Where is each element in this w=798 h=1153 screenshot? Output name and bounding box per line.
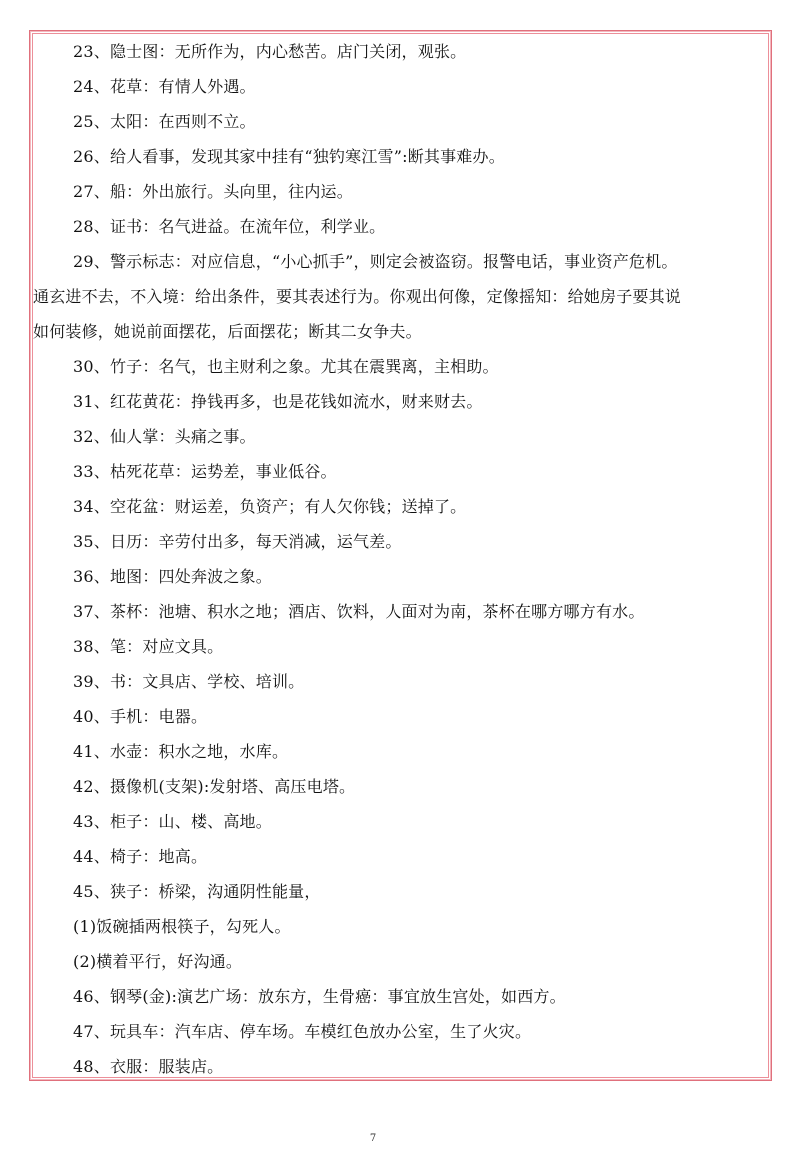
text-line-33: 33、枯死花草：运势差，事业低谷。 (33, 454, 771, 489)
document-body: 23、隐士图：无所作为，内心愁苦。店门关闭，观张。 24、花草：有情人外遇。 2… (33, 34, 771, 1084)
text-line-26: 26、给人看事，发现其家中挂有“独钓寒江雪”:断其事难办。 (33, 139, 771, 174)
text-line-31: 31、红花黄花：挣钱再多，也是花钱如流水，财来财去。 (33, 384, 771, 419)
page-number: 7 (0, 1133, 746, 1144)
text-line-36: 36、地图：四处奔波之象。 (33, 559, 771, 594)
text-line-43: 43、柜子：山、楼、高地。 (33, 804, 771, 839)
text-line-42: 42、摄像机(支架):发射塔、高压电塔。 (33, 769, 771, 804)
text-line-25: 25、太阳：在西则不立。 (33, 104, 771, 139)
text-line-37: 37、茶杯：池塘、积水之地；酒店、饮料，人面对为南，茶杯在哪方哪方有水。 (33, 594, 771, 629)
text-line-45-sub-2: (2)横着平行，好沟通。 (33, 944, 771, 979)
text-line-24: 24、花草：有情人外遇。 (33, 69, 771, 104)
text-line-41: 41、水壶：积水之地，水库。 (33, 734, 771, 769)
text-line-34: 34、空花盆：财运差，负资产；有人欠你钱；送掉了。 (33, 489, 771, 524)
text-line-29: 29、警示标志：对应信息，“小心抓手”，则定会被盗窃。报警电话，事业资产危机。 (33, 244, 771, 279)
text-line-48: 48、衣服：服装店。 (33, 1049, 771, 1084)
text-line-35: 35、日历：辛劳付出多，每天消减，运气差。 (33, 524, 771, 559)
text-line-27: 27、船：外出旅行。头向里，往内运。 (33, 174, 771, 209)
text-line-45: 45、狭子：桥梁，沟通阴性能量， (33, 874, 771, 909)
text-line-23: 23、隐士图：无所作为，内心愁苦。店门关闭，观张。 (33, 34, 771, 69)
text-line-44: 44、椅子：地高。 (33, 839, 771, 874)
text-line-28: 28、证书：名气进益。在流年位，利学业。 (33, 209, 771, 244)
text-line-47: 47、玩具车：汽车店、停车场。车模红色放办公室，生了火灾。 (33, 1014, 771, 1049)
text-line-29-cont-2: 如何装修，她说前面摆花，后面摆花；断其二女争夫。 (33, 314, 771, 349)
text-line-45-sub-1: (1)饭碗插两根筷子，勾死人。 (33, 909, 771, 944)
text-line-29-cont-1: 通玄进不去，不入境：给出条件，要其表述行为。你观出何像，定像摇知：给她房子要其说 (33, 279, 771, 314)
text-line-40: 40、手机：电器。 (33, 699, 771, 734)
text-line-32: 32、仙人掌：头痛之事。 (33, 419, 771, 454)
text-line-38: 38、笔：对应文具。 (33, 629, 771, 664)
text-line-39: 39、书：文具店、学校、培训。 (33, 664, 771, 699)
text-line-46: 46、钢琴(金):演艺广场：放东方，生骨癌：事宜放生宫处，如西方。 (33, 979, 771, 1014)
text-line-30: 30、竹子：名气，也主财利之象。尤其在震巽离，主相助。 (33, 349, 771, 384)
